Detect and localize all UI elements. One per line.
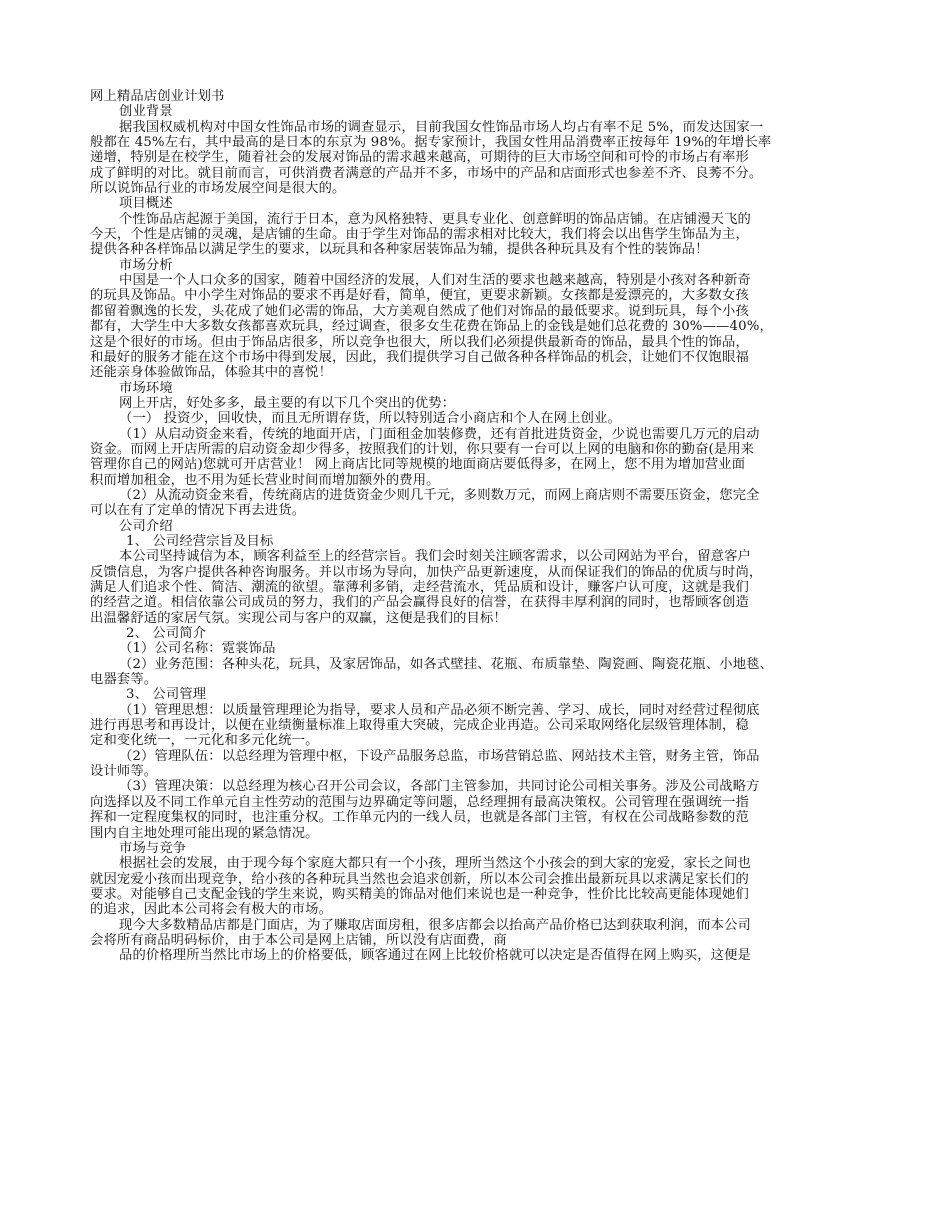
paragraph-line: 品的价格理所当然比市场上的价格要低，顾客通过在网上比较价格就可以决定是否值得在网… [90,948,872,963]
paragraph-line: （一） 投资少，回收快，而且无所谓存货，所以特别适合小商店和个人在网上创业。 [90,411,872,426]
paragraph-line: 定和变化统一，一元化和多元化统一。 [90,733,872,748]
paragraph-line: 管理你自己的网站)您就可开店营业！ 网上商店比同等规模的地面商店要低得多，在网上… [90,457,872,472]
paragraph-line: 所以说饰品行业的市场发展空间是很大的。 [90,181,872,196]
paragraph-line: 个性饰品店起源于美国，流行于日本，意为风格独特、更具专业化、创意鲜明的饰品店铺。… [90,212,872,227]
section-heading: 公司介绍 [90,519,872,534]
paragraph-line: 设计师等。 [90,764,872,779]
paragraph-line: 出温馨舒适的家居气氛。实现公司与客户的双赢，这便是我们的目标！ [90,611,872,626]
paragraph-line: 的经营之道。相信依靠公司成员的努力，我们的产品会赢得良好的信誉，在获得丰厚利润的… [90,595,872,610]
paragraph-line: 中国是一个人口众多的国家，随着中国经济的发展，人们对生活的要求也越来越高，特别是… [90,273,872,288]
document-page: 网上精品店创业计划书创业背景据我国权威机构对中国女性饰品市场的调查显示，目前我国… [90,89,872,964]
paragraph-line: 根据社会的发展，由于现今每个家庭大都只有一个小孩，理所当然这个小孩会的到大家的宠… [90,856,872,871]
document-title: 网上精品店创业计划书 [90,89,872,104]
paragraph-line: 般都在 45%左右，其中最高的是日本的东京为 98%。据专家预计，我国女性用品消… [90,135,872,150]
paragraph-line: 满足人们追求个性、简洁、潮流的欲望。靠薄利多销，走经营流水，凭品质和设计，赚客户… [90,580,872,595]
section-heading: 市场环境 [90,381,872,396]
paragraph-line: 都有，大学生中大多数女孩都喜欢玩具，经过调查，很多女生花费在饰品上的金钱是她们总… [90,319,872,334]
paragraph-line: 和最好的服务才能在这个市场中得到发展，因此，我们提供学习自己做各种各样饰品的机会… [90,350,872,365]
paragraph-line: 要求。对能够自己支配金钱的学生来说，购买精美的饰品对他们来说也是一种竞争，性价比… [90,887,872,902]
subsection-heading: 1、 公司经营宗旨及目标 [90,534,872,549]
paragraph-line: 递增，特别是在校学生，随着社会的发展对饰品的需求越来越高，可期待的巨大市场空间和… [90,150,872,165]
paragraph-line: （2）管理队伍：以总经理为管理中枢，下设产品服务总监，市场营销总监、网站技术主管… [90,749,872,764]
section-heading: 项目概述 [90,196,872,211]
paragraph-line: （1）管理思想：以质量管理理论为指导，要求人员和产品必须不断完善、学习、成长，同… [90,703,872,718]
paragraph-line: 今天，个性是店铺的灵魂，是店铺的生命。由于学生对饰品的需求相对比较大，我们将会以… [90,227,872,242]
paragraph-line: 会将所有商品明码标价，由于本公司是网上店铺，所以没有店面费，商 [90,933,872,948]
section-heading: 创业背景 [90,104,872,119]
section-heading: 市场分析 [90,258,872,273]
paragraph-line: 电器套等。 [90,672,872,687]
paragraph-line: 资金。而网上开店所需的启动资金却少得多，按照我们的计划，你只要有一台可以上网的电… [90,442,872,457]
paragraph-line: 网上开店，好处多多，最主要的有以下几个突出的优势： [90,396,872,411]
subsection-heading: 2、 公司简介 [90,626,872,641]
paragraph-line: 的玩具及饰品。中小学生对饰品的要求不再是好看，简单，便宜，更要求新颖。女孩都是爱… [90,288,872,303]
paragraph-line: 积而增加租金，也不用为延长营业时间而增加额外的费用。 [90,473,872,488]
paragraph-line: 进行再思考和再设计，以便在业绩衡量标准上取得重大突破，完成企业再造。公司采取网络… [90,718,872,733]
paragraph-line: 据我国权威机构对中国女性饰品市场的调查显示，目前我国女性饰品市场人均占有率不足 … [90,120,872,135]
paragraph-line: 就因宠爱小孩而出现竞争，给小孩的各种玩具当然也会追求创新，所以本公司会推出最新玩… [90,872,872,887]
paragraph-line: 可以在有了定单的情况下再去进货。 [90,503,872,518]
paragraph-line: 都留着飘逸的长发，头花成了她们必需的饰品，大方美观自然成了他们对饰品的最低要求。… [90,304,872,319]
paragraph-line: （2）从流动资金来看，传统商店的进货资金少则几千元，多则数万元，而网上商店则不需… [90,488,872,503]
section-heading: 市场与竞争 [90,841,872,856]
paragraph-line: 反馈信息，为客户提供各种咨询服务。并以市场为导向，加快产品更新速度，从而保证我们… [90,565,872,580]
paragraph-line: 还能亲身体验做饰品，体验其中的喜悦！ [90,365,872,380]
paragraph-line: 本公司坚持诚信为本，顾客利益至上的经营宗旨。我们会时刻关注顾客需求，以公司网站为… [90,549,872,564]
paragraph-line: 提供各种各样饰品以满足学生的要求，以玩具和各种家居装饰品为辅，提供各种玩具及有个… [90,242,872,257]
subsection-heading: 3、 公司管理 [90,687,872,702]
paragraph-line: 成了鲜明的对比。就目前而言，可供消费者满意的产品并不多，市场中的产品和店面形式也… [90,166,872,181]
paragraph-line: 围内自主地处理可能出现的紧急情况。 [90,826,872,841]
paragraph-line: （1）从启动资金来看，传统的地面开店，门面租金加装修费，还有首批进货资金，少说也… [90,427,872,442]
paragraph-line: 挥和一定程度集权的同时，也注重分权。工作单元内的一线人员，也就是各部门主管，有权… [90,810,872,825]
paragraph-line: （3）管理决策：以总经理为核心召开公司会议，各部门主管参加，共同讨论公司相关事务… [90,779,872,794]
paragraph-line: 这是个很好的市场。但由于饰品店很多，所以竞争也很大，所以我们必须提供最新奇的饰品… [90,335,872,350]
paragraph-line: 现今大多数精品店都是门面店，为了赚取店面房租，很多店都会以抬高产品价格已达到获取… [90,918,872,933]
paragraph-line: 向选择以及不同工作单元自主性劳动的范围与边界确定等问题，总经理拥有最高决策权。公… [90,795,872,810]
paragraph-line: 的追求，因此本公司将会有极大的市场。 [90,902,872,917]
paragraph-line: （1）公司名称：霓裳饰品 [90,641,872,656]
paragraph-line: （2）业务范围：各种头花，玩具，及家居饰品，如各式壁挂、花瓶、布质靠垫、陶瓷画、… [90,657,872,672]
